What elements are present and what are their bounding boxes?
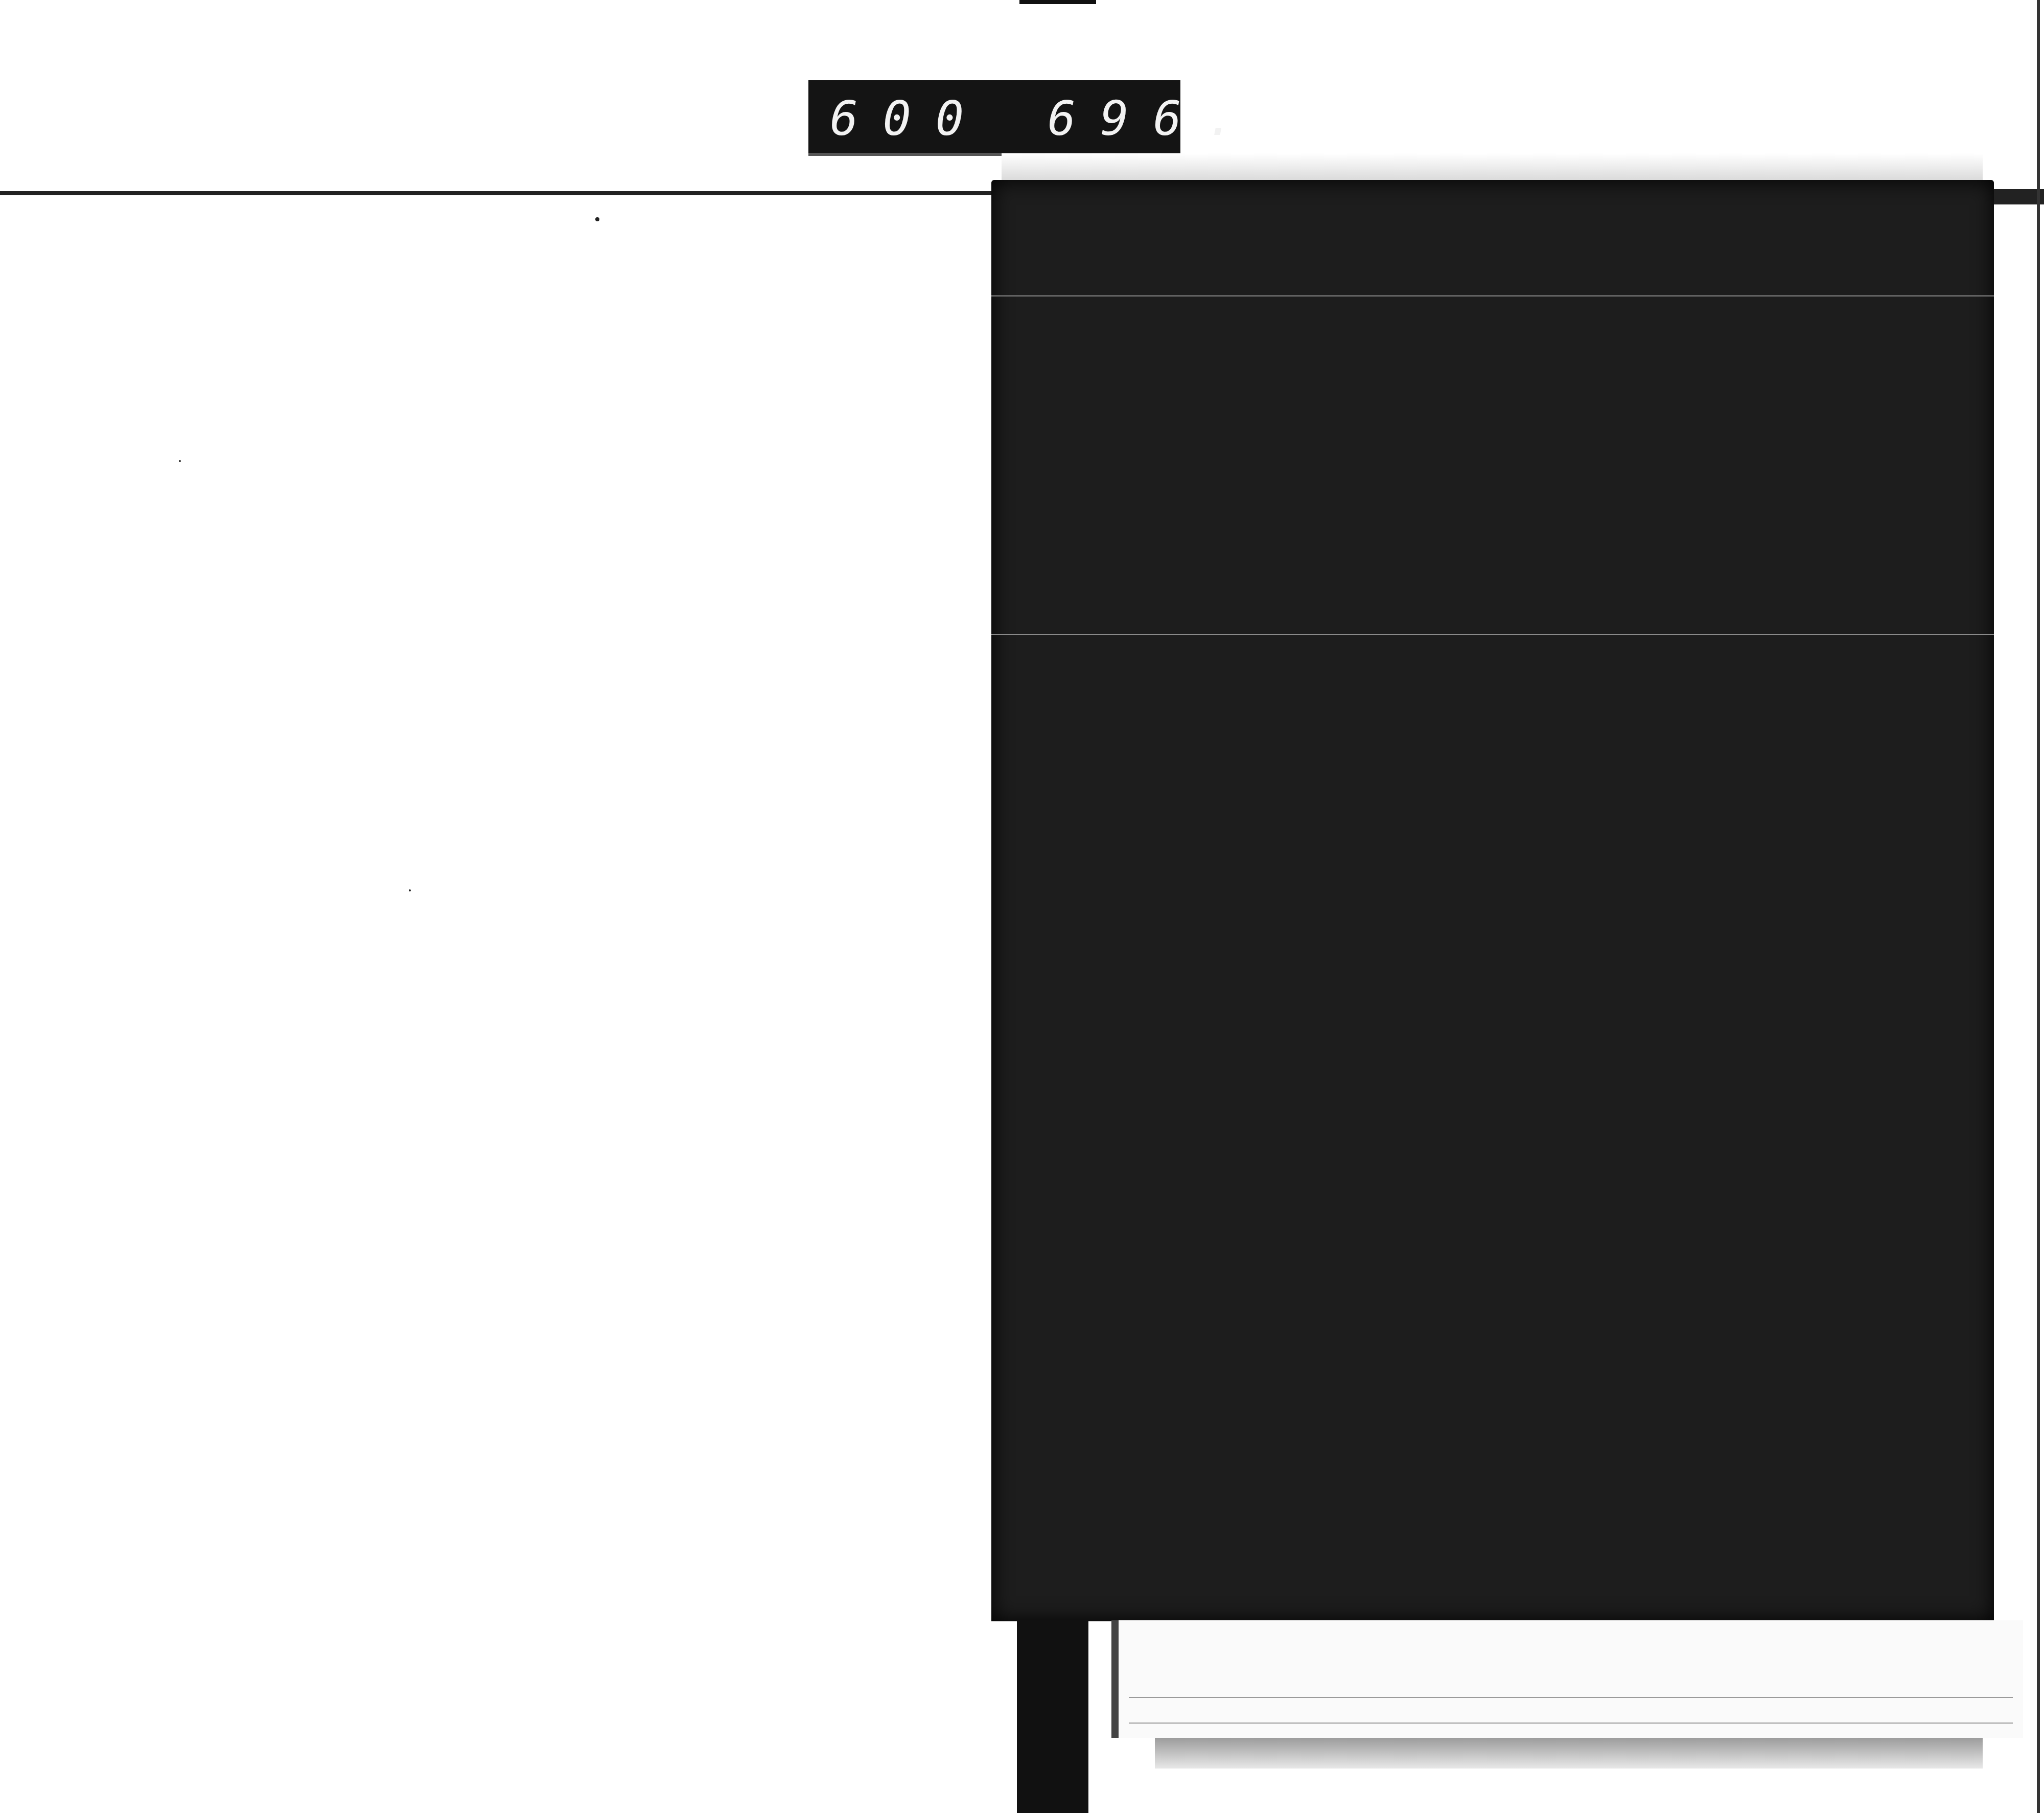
- frame-right-edge: [2037, 0, 2040, 1813]
- scan-shadow-bottom: [1155, 1738, 1983, 1769]
- horizontal-rule: [0, 191, 991, 195]
- cover-crease-line: [991, 295, 1994, 296]
- scan-speck: [595, 217, 599, 221]
- horizontal-rule-right: [1993, 189, 2044, 204]
- book-spine: [1017, 1620, 1088, 1813]
- book-page-edges: [1111, 1620, 2023, 1738]
- reel-label-plate: 600 696.: [808, 80, 1180, 156]
- reel-number-left: 600: [830, 91, 988, 146]
- book-cover: [991, 180, 1994, 1621]
- page-edge-line: [1129, 1697, 2013, 1698]
- film-frame-marker: [1019, 0, 1096, 4]
- scan-speck: [179, 460, 181, 462]
- page-edge-line: [1129, 1723, 2013, 1724]
- reel-number-right: 696.: [1048, 91, 1259, 146]
- scan-speck: [409, 889, 411, 891]
- cover-crease-line: [991, 634, 1994, 635]
